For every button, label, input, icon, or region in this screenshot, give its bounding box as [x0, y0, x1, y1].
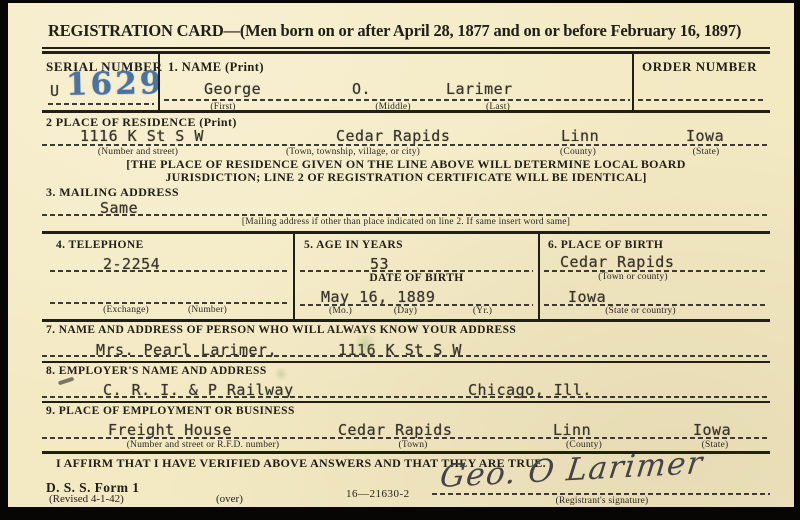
age-label: 5. AGE IN YEARS: [304, 239, 403, 251]
stray-pen-mark: [58, 377, 74, 385]
order-number-label: ORDER NUMBER: [642, 59, 757, 75]
employer-label: 8. EMPLOYER'S NAME AND ADDRESS: [46, 365, 267, 377]
title-rule-thick: [42, 51, 770, 54]
card-title: REGISTRATION CARD—(Men born on or after …: [48, 21, 741, 41]
contact-line: [42, 355, 770, 357]
dob-label: DATE OF BIRTH: [300, 272, 533, 284]
telephone-label: 4. TELEPHONE: [56, 239, 144, 251]
scan-smudge-small: [274, 367, 288, 381]
registration-card-scan: REGISTRATION CARD—(Men born on or after …: [8, 3, 794, 507]
row46-bottom-rule: [42, 319, 770, 322]
birth-state-caption: (State or country): [563, 306, 718, 316]
birth-town-caption: (Town or county): [563, 272, 703, 282]
divider-tel-age: [293, 233, 295, 319]
contact-bottom-rule: [42, 361, 770, 363]
form-revised: (Revised 4-1-42): [49, 493, 124, 505]
state-caption: (State): [676, 147, 736, 157]
telephone-line2: [50, 302, 288, 304]
yr-caption: (Yr.): [460, 306, 505, 316]
birth-label: 6. PLACE OF BIRTH: [548, 239, 663, 251]
residence-street-value: 1116 K St S W: [80, 127, 204, 145]
scan-edge-right: [794, 0, 800, 520]
exchange-caption: (Exchange): [86, 305, 166, 315]
residence-line: [42, 144, 770, 146]
mailing-label: 3. MAILING ADDRESS: [46, 185, 179, 200]
contact-label: 7. NAME AND ADDRESS OF PERSON WHO WILL A…: [46, 324, 516, 336]
day-caption: (Day): [383, 306, 428, 316]
mailing-line: [42, 214, 770, 216]
residence-note-line2: JURISDICTION; LINE 2 OF REGISTRATION CER…: [42, 170, 770, 185]
title-rule-thin: [42, 47, 770, 49]
serial-prefix: U: [50, 82, 60, 100]
serial-number-stamp: 1629: [66, 65, 165, 103]
scan-edge-top: [0, 0, 800, 3]
mo-caption: (Mo.): [318, 306, 363, 316]
serial-line: [48, 103, 154, 105]
mailing-hint: [Mailing address if other than place ind…: [42, 217, 770, 227]
divider-serial-name: [158, 54, 160, 110]
name-line: [164, 99, 630, 101]
name-middle-value: O.: [352, 80, 371, 98]
employer-bottom-rule: [42, 401, 770, 403]
county-caption: (County): [543, 147, 613, 157]
residence-city-value: Cedar Rapids: [336, 127, 450, 145]
signature-line: [432, 493, 770, 495]
row1-bottom-rule: [42, 110, 770, 113]
number-caption: (Number): [170, 305, 245, 315]
order-line: [638, 99, 764, 101]
mailing-bottom-rule: [42, 231, 770, 234]
residence-county-value: Linn: [561, 127, 599, 145]
employment-place-caption: (Number and street or R.F.D. number): [103, 440, 303, 450]
print-code: 16—21630-2: [346, 488, 410, 500]
city-caption: (Town, township, village, or city): [253, 147, 453, 157]
birth-town-value: Cedar Rapids: [560, 253, 674, 271]
residence-state-value: Iowa: [686, 127, 724, 145]
scan-edge-bottom: [0, 507, 800, 520]
name-label: 1. NAME (Print): [168, 60, 264, 75]
employment-label: 9. PLACE OF EMPLOYMENT OR BUSINESS: [46, 405, 295, 417]
scan-edge-left: [0, 0, 8, 520]
over-note: (over): [216, 493, 243, 505]
telephone-line1: [50, 270, 288, 272]
employment-line: [42, 437, 770, 439]
name-first-value: George: [204, 80, 261, 98]
divider-age-birth: [538, 233, 540, 319]
divider-name-order: [632, 54, 634, 110]
employer-line: [42, 396, 770, 398]
street-caption: (Number and street): [63, 147, 213, 157]
employment-town-caption: (Town): [383, 440, 443, 450]
signature-caption: (Registrant's signature): [502, 496, 702, 506]
employment-county-caption: (County): [553, 440, 615, 450]
name-last-value: Larimer: [446, 80, 513, 98]
